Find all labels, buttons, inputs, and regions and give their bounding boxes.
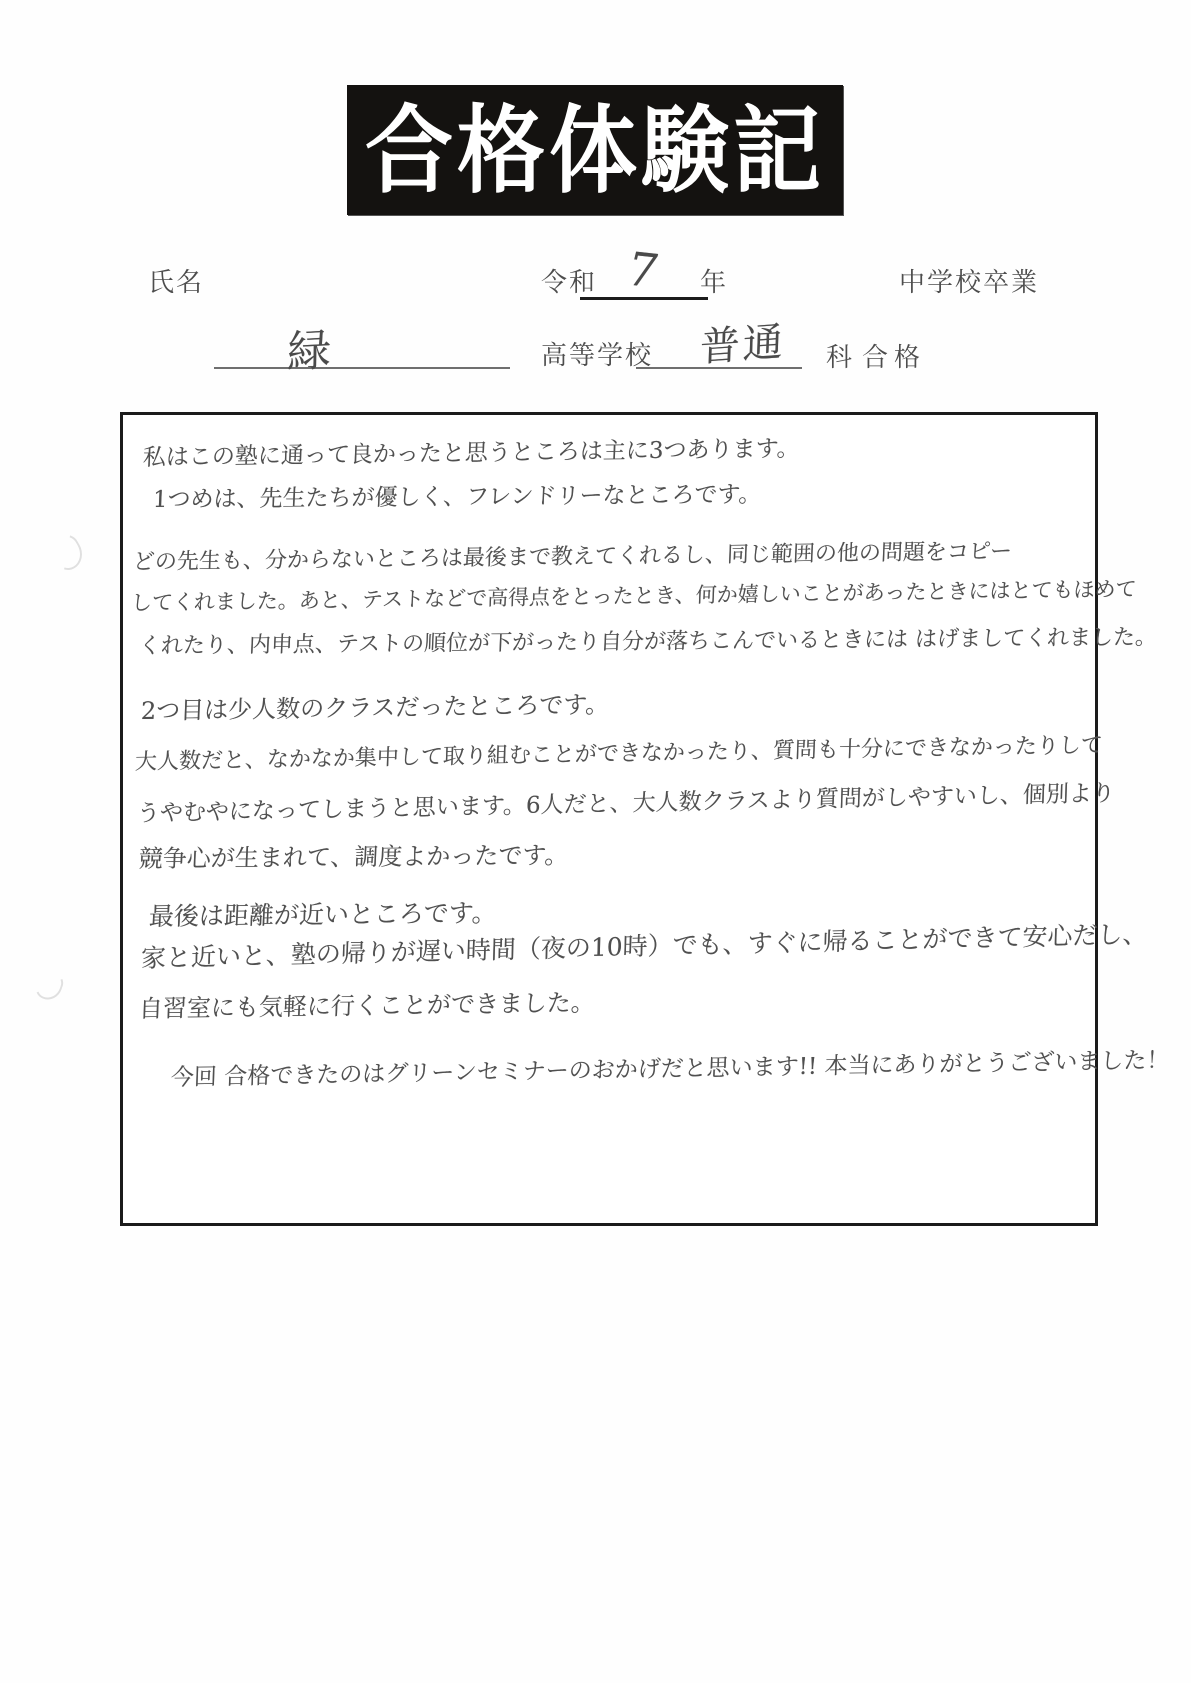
essay-line: うやむやになってしまうと思います。6人だと、大人数クラスより質問がしやすいし、個… [136, 775, 1115, 829]
course-suffix-label: 科 [826, 337, 854, 374]
essay-line: 私はこの塾に通って良かったと思うところは主に3つあります。 [142, 430, 800, 472]
scan-smudge [32, 968, 66, 1003]
essay-line: してくれました。あと、テストなどで高得点をとったとき、何か嬉しいことがあったとき… [130, 573, 1137, 617]
school-name-underline [214, 367, 510, 369]
essay-box: 私はこの塾に通って良かったと思うところは主に3つあります。 1つめは、先生たちが… [120, 412, 1098, 1226]
essay-line: 今回 合格できたのはグリーンセミナーのおかげだと思います!! 本当にありがとうご… [170, 1042, 1170, 1092]
page-title: 合格体験記 [365, 102, 825, 197]
essay-line: 最後は距離が近いところです。 [148, 893, 497, 933]
scan-smudge [46, 531, 89, 575]
essay-line: 2つ目は少人数のクラスだったところです。 [140, 684, 610, 726]
era-label: 令和 [541, 262, 597, 299]
name-field-label: 氏名 [148, 262, 204, 299]
essay-line: 1つめは、先生たちが優しく、フレンドリーなところです。 [152, 476, 762, 514]
essay-line: 大人数だと、なかなか集中して取り組むことができなかったり、質問も十分にできなかっ… [134, 728, 1103, 776]
pass-label: 合格 [862, 337, 926, 374]
year-suffix-label: 年 [700, 262, 728, 299]
course-handwritten-value: 普通 [699, 310, 787, 373]
essay-line: どの先生も、分からないところは最後まで教えてくれるし、同じ範囲の他の問題をコピー [132, 534, 1012, 576]
year-underline [580, 297, 708, 300]
essay-line: 競争心が生まれて、調度よかったです。 [138, 835, 569, 874]
scanned-document-page: 合格体験記 氏名 令和 7 年 中学校卒業 緑 高等学校 普通 科 合格 私はこ… [0, 0, 1191, 1683]
essay-line: 自習室にも気軽に行くことができました。 [138, 983, 595, 1024]
graduation-label: 中学校卒業 [899, 262, 1039, 299]
essay-line: くれたり、内申点、テストの順位が下がったり自分が落ちこんでいるときには はげまし… [138, 620, 1157, 660]
school-name-handwritten-value: 緑 [286, 314, 331, 380]
year-handwritten-value: 7 [621, 242, 663, 298]
title-banner: 合格体験記 [347, 85, 843, 215]
